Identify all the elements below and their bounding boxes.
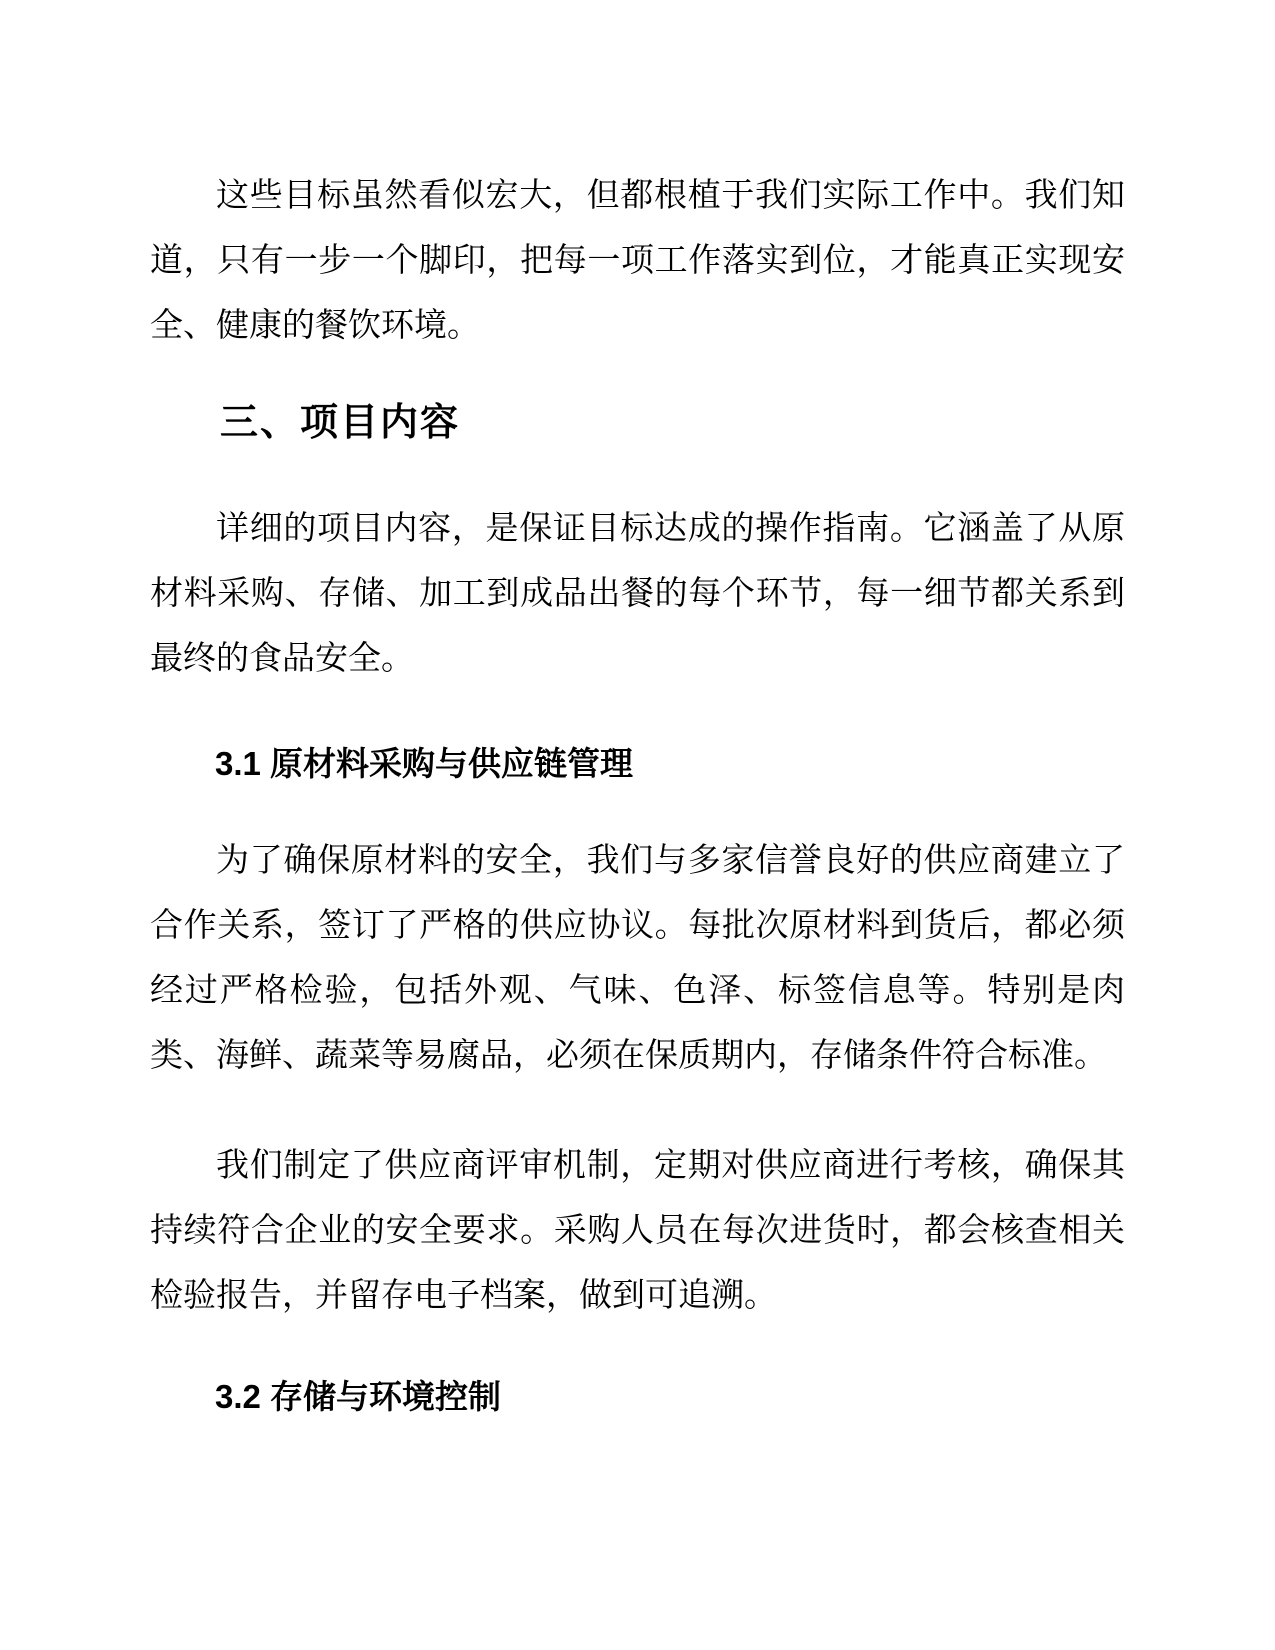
subsection-3-1-paragraph-1: 为了确保原材料的安全，我们与多家信誉良好的供应商建立了合作关系，签订了严格的供应… [150, 829, 1125, 1089]
intro-paragraph: 这些目标虽然看似宏大，但都根植于我们实际工作中。我们知道，只有一步一个脚印，把每… [150, 164, 1125, 359]
document-page: 这些目标虽然看似宏大，但都根植于我们实际工作中。我们知道，只有一步一个脚印，把每… [0, 0, 1275, 1650]
subsection-heading-3-2: 3.2 存储与环境控制 [150, 1364, 1125, 1429]
section-intro-paragraph: 详细的项目内容，是保证目标达成的操作指南。它涵盖了从原材料采购、存储、加工到成品… [150, 497, 1125, 692]
chapter-heading-project-content: 三、项目内容 [150, 391, 1125, 456]
subsection-heading-3-1: 3.1 原材料采购与供应链管理 [150, 731, 1125, 796]
subsection-3-1-paragraph-2: 我们制定了供应商评审机制，定期对供应商进行考核，确保其持续符合企业的安全要求。采… [150, 1134, 1125, 1329]
